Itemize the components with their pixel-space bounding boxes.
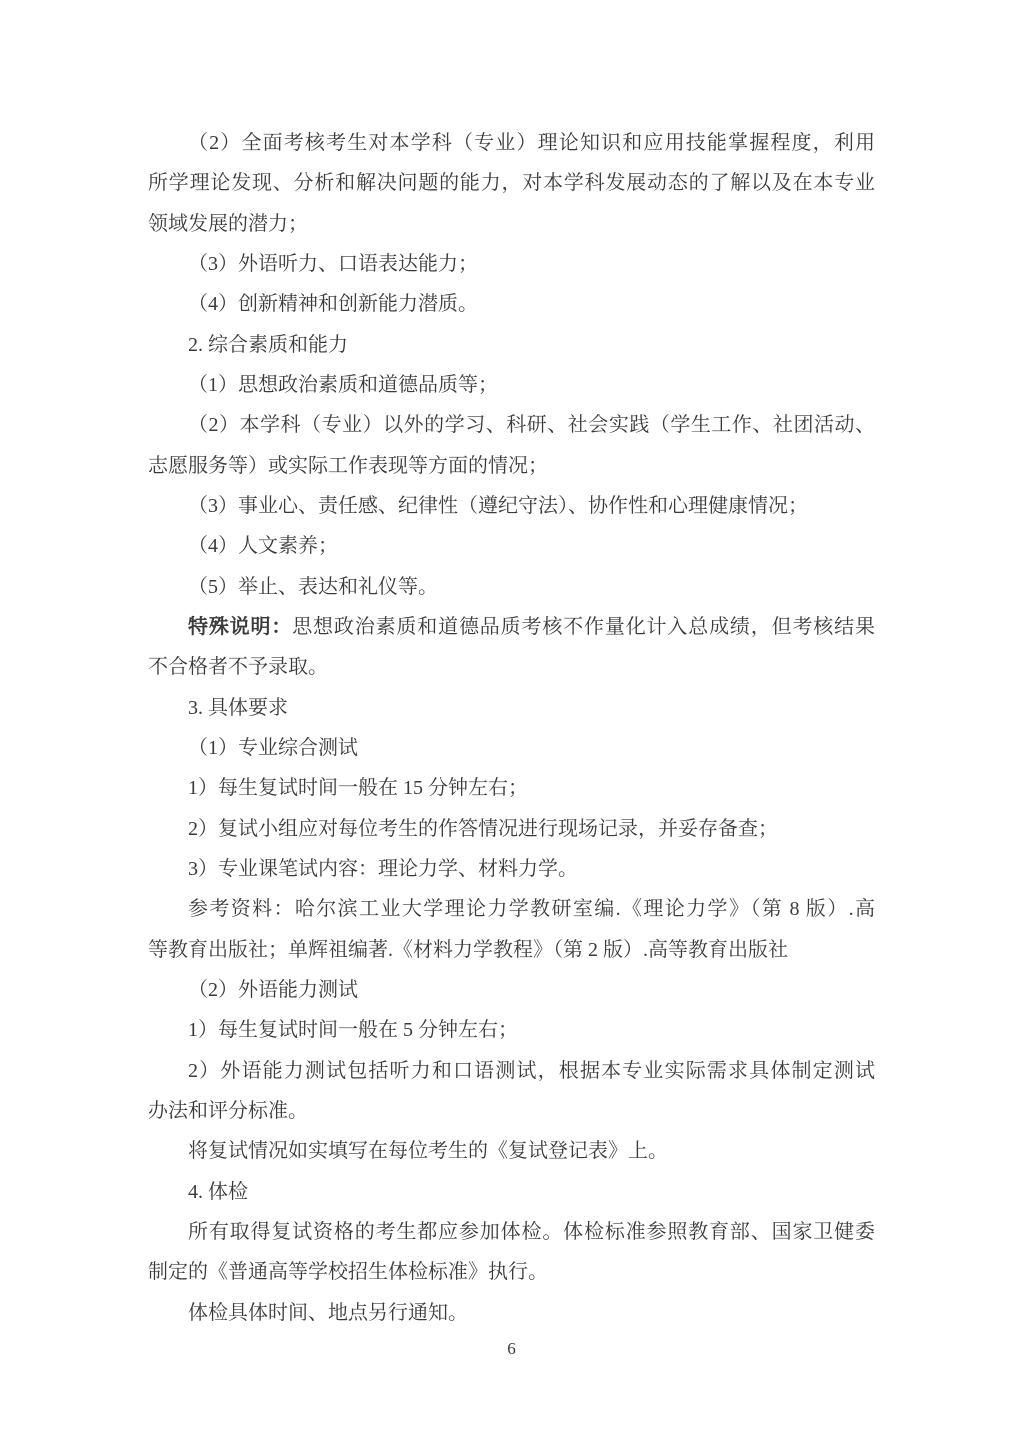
document-line: （3）外语听力、口语表达能力； (148, 244, 875, 284)
document-line: 参考资料：哈尔滨工业大学理论力学教研室编.《理论力学》（第 8 版）.高 (148, 889, 875, 929)
special-note-text: 思想政治素质和道德品质考核不作量化计入总成绩，但考核结果 (292, 616, 875, 638)
section-heading-line: 2. 综合素质和能力 (148, 325, 875, 365)
section-heading-line: 3. 具体要求 (148, 688, 875, 728)
document-line: 将复试情况如实填写在每位考生的《复试登记表》上。 (148, 1131, 875, 1171)
document-line: （2）本学科（专业）以外的学习、科研、社会实践（学生工作、社团活动、 (148, 405, 875, 445)
document-line: 所学理论发现、分析和解决问题的能力，对本学科发展动态的了解以及在本专业 (148, 163, 875, 203)
document-line: 领域发展的潜力； (148, 204, 875, 244)
document-page: （2）全面考核考生对本学科（专业）理论知识和应用技能掌握程度，利用 所学理论发现… (0, 0, 1024, 1448)
document-line: 志愿服务等）或实际工作表现等方面的情况； (148, 446, 875, 486)
document-line: （1）专业综合测试 (148, 728, 875, 768)
document-line: （1）思想政治素质和道德品质等； (148, 365, 875, 405)
document-body: （2）全面考核考生对本学科（专业）理论知识和应用技能掌握程度，利用 所学理论发现… (148, 123, 875, 1333)
document-line: 3）专业课笔试内容：理论力学、材料力学。 (148, 849, 875, 889)
document-line: 1）每生复试时间一般在 15 分钟左右； (148, 768, 875, 808)
document-line: （4）创新精神和创新能力潜质。 (148, 284, 875, 324)
document-line: 2）复试小组应对每位考生的作答情况进行现场记录，并妥存备查； (148, 809, 875, 849)
document-line: 不合格者不予录取。 (148, 647, 875, 687)
document-line: 2）外语能力测试包括听力和口语测试，根据本专业实际需求具体制定测试 (148, 1051, 875, 1091)
document-line: 1）每生复试时间一般在 5 分钟左右； (148, 1010, 875, 1050)
document-line: 体检具体时间、地点另行通知。 (148, 1293, 875, 1333)
document-line: 制定的《普通高等学校招生体检标准》执行。 (148, 1252, 875, 1292)
special-note-line: 特殊说明：思想政治素质和道德品质考核不作量化计入总成绩，但考核结果 (148, 607, 875, 647)
special-note-label: 特殊说明： (188, 616, 292, 638)
document-line: 办法和评分标准。 (148, 1091, 875, 1131)
document-line: 所有取得复试资格的考生都应参加体检。体检标准参照教育部、国家卫健委 (148, 1212, 875, 1252)
document-line: 等教育出版社；单辉祖编著.《材料力学教程》（第 2 版）.高等教育出版社 (148, 930, 875, 970)
document-line: （2）外语能力测试 (148, 970, 875, 1010)
document-line: （4）人文素养； (148, 526, 875, 566)
document-line: （5）举止、表达和礼仪等。 (148, 567, 875, 607)
document-line: （3）事业心、责任感、纪律性（遵纪守法）、协作性和心理健康情况； (148, 486, 875, 526)
document-line: （2）全面考核考生对本学科（专业）理论知识和应用技能掌握程度，利用 (148, 123, 875, 163)
page-number: 6 (148, 1338, 875, 1360)
section-heading-line: 4. 体检 (148, 1172, 875, 1212)
